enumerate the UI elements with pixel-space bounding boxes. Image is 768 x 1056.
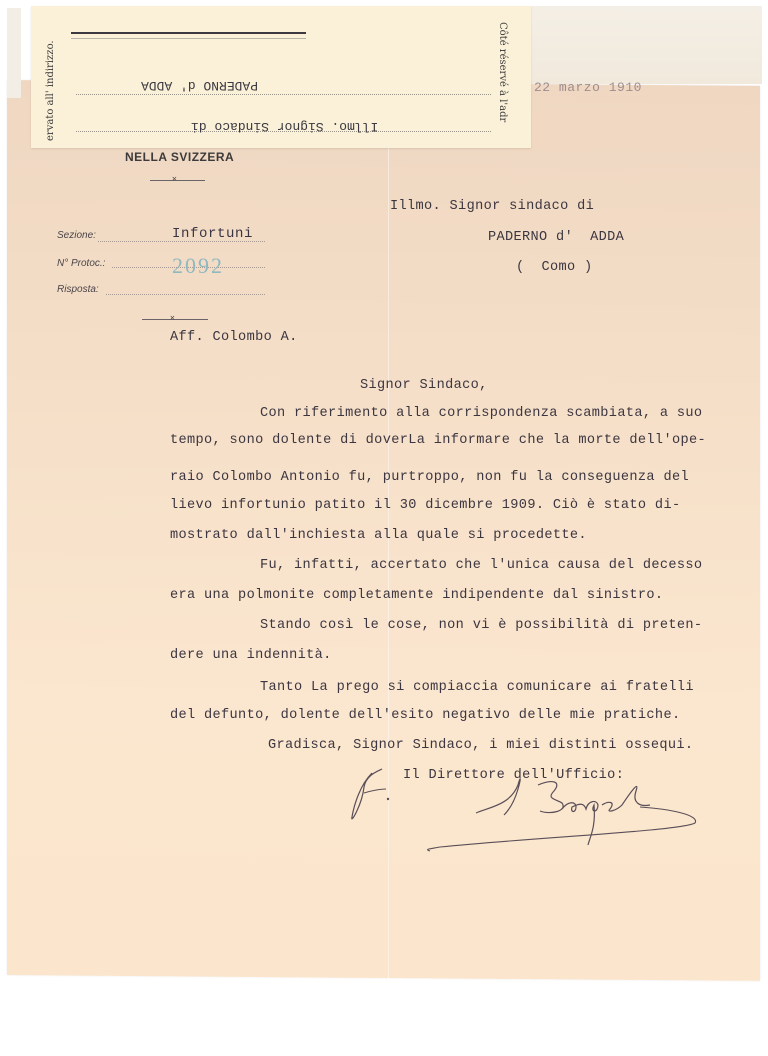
sezione-label: Sezione: (57, 230, 96, 241)
body-line: Con riferimento alla corrispondenza scam… (260, 406, 702, 421)
body-line: del defunto, dolente dell'esito negativo… (170, 708, 680, 723)
salutation: Signor Sindaco, (360, 378, 488, 393)
body-line: Gradisca, Signor Sindaco, i miei distint… (268, 738, 693, 753)
sezione-value: Infortuni (172, 226, 253, 242)
flap-rule-thin (71, 38, 306, 39)
body-line: era una polmonite completamente indipend… (170, 588, 663, 603)
letterhead-country: NELLA SVIZZERA (125, 150, 234, 164)
body-line: Stando così le cose, non vi è possibilit… (260, 618, 702, 633)
addressee-line1: Illmo. Signor sindaco di (390, 199, 594, 214)
ornament-knot-icon: ✕ (170, 315, 175, 323)
letter-date: 22 marzo 1910 (534, 80, 642, 95)
fields-ornament (142, 319, 208, 320)
address-flap: ervato all' indirizzo. Côté réservé à l'… (31, 6, 531, 148)
flap-address-recipient: Illmo. Signor Sindaco di (191, 119, 378, 134)
body-line: dere una indennità. (170, 648, 332, 663)
protocollo-value: 2092 (172, 253, 224, 279)
ornament-knot-icon: ✕ (172, 176, 177, 184)
body-line: lievo infortunio patito il 30 dicembre 1… (170, 498, 680, 513)
body-line: tempo, sono dolente di doverLa informare… (170, 433, 706, 448)
flap-address-line (76, 94, 491, 95)
flap-rule (71, 32, 306, 34)
flap-address-town: PADERNO d' ADDA (141, 78, 258, 93)
risposta-label: Risposta: (57, 284, 99, 295)
addressee-province: ( Como ) (516, 260, 593, 275)
paper-edge (7, 8, 21, 98)
body-line: mostrato dall'inchiesta alla quale si pr… (170, 528, 587, 543)
body-line: Tanto La prego si compiaccia comunicare … (260, 680, 694, 695)
underlying-sheet (530, 6, 762, 84)
handwritten-signature (340, 765, 710, 860)
addressee-town: PADERNO d' ADDA (488, 230, 624, 245)
subject-line: Aff. Colombo A. (170, 330, 298, 345)
body-line: Fu, infatti, accertato che l'unica causa… (260, 558, 702, 573)
risposta-line (106, 294, 265, 295)
protocollo-label: N° Protoc.: (57, 258, 105, 269)
flap-side-text-right: Côté réservé à l'adr (497, 22, 508, 122)
flap-side-text-left: ervato all' indirizzo. (45, 26, 56, 141)
body-line: raio Colombo Antonio fu, purtroppo, non … (170, 470, 689, 485)
letterhead-ornament (150, 180, 205, 181)
